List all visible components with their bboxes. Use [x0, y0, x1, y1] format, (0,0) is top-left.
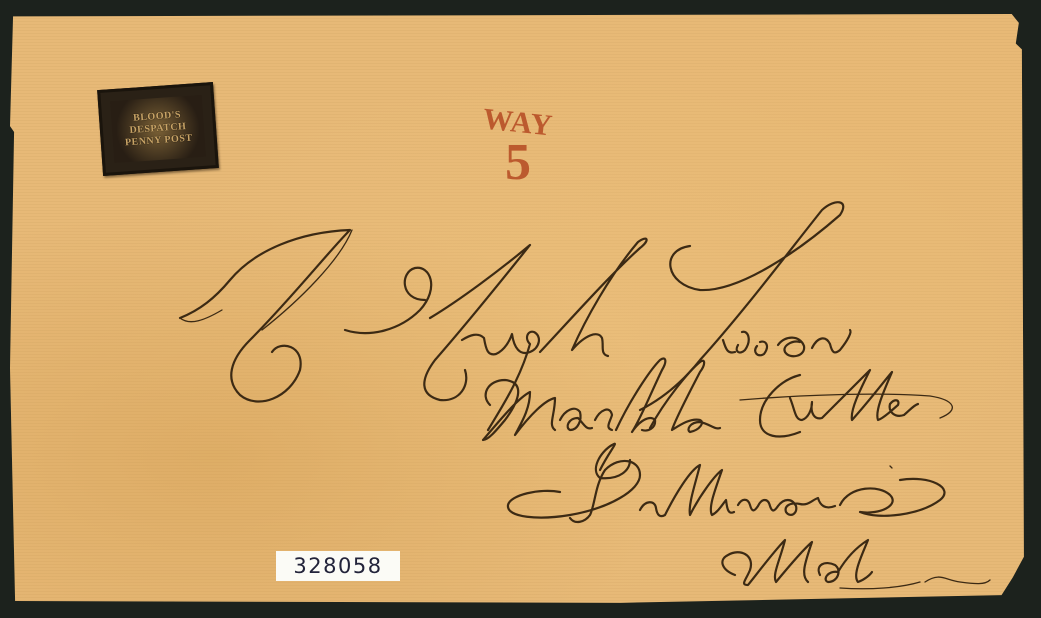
address-line-2: Marble Cutter: [480, 400, 486, 401]
way-postmark: WAY 5: [458, 108, 578, 187]
catalog-number-label: 328058: [276, 551, 400, 581]
address-line-1: Mr Hugh Sisson: [180, 300, 187, 301]
postmark-rate: 5: [458, 140, 578, 187]
address-line-4: Md: [720, 560, 721, 561]
postage-stamp: BLOOD'S DESPATCH PENNY POST: [97, 82, 219, 176]
postmark-word: WAY: [457, 102, 579, 144]
address-line-3: Baltimore: [510, 490, 514, 491]
stamp-text-line-3: PENNY POST: [125, 134, 193, 149]
stamp-design: BLOOD'S DESPATCH PENNY POST: [110, 95, 206, 163]
